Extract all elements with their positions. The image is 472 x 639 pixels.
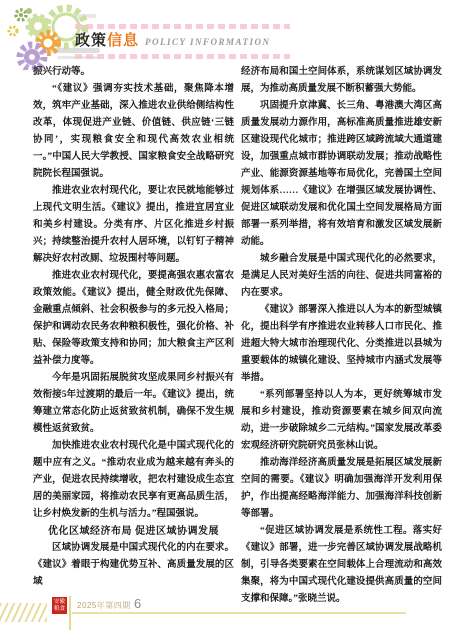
issue-label: 2025年第四期: [77, 600, 131, 611]
paragraph: 巩固提升京津冀、长三角、粤港澳大湾区高质量发展动力源作用，高标准高质量推进雄安新…: [241, 98, 442, 251]
paragraph: 城乡融合发展是中国式现代化的必然要求，是满足人民对美好生活的向往、促进共同富裕的…: [241, 251, 442, 302]
footer-vertical-rule: [69, 596, 71, 630]
right-column: 经济布局和国土空间体系，系统谋划区域协调发展，为推动高质量发展不断积蓄强大势能。…: [241, 64, 442, 608]
section-title: 政策信息POLICY INFORMATION: [75, 30, 270, 53]
paragraph: 经济布局和国土空间体系，系统谋划区域协调发展，为推动高质量发展不断积蓄强大势能。: [241, 64, 442, 98]
magazine-page: 政策信息POLICY INFORMATION 振兴行动等。 “《建议》强调夯实技…: [0, 0, 472, 639]
footer-horizontal-rule: [72, 612, 406, 614]
section-title-zh-orange: 信息: [107, 33, 139, 49]
paragraph: 今年是巩固拓展脱贫攻坚成果同乡村振兴有效衔接5年过渡期的最后一年。《建议》提出，…: [33, 370, 234, 438]
section-masthead: 政策信息POLICY INFORMATION: [75, 30, 270, 56]
hatch-decoration: [0, 603, 47, 622]
section-title-zh-black: 政策: [75, 33, 107, 49]
magazine-stamp-logo: 安徽 粮食: [52, 597, 67, 614]
paragraph: 《建议》部署深入推进以人为本的新型城镇化，提出科学有序推进农业转移人口市民化、推…: [241, 302, 442, 387]
paragraph: 推进农业农村现代化，要让农民就地能够过上现代文明生活。《建议》提出，推进宜居宜业…: [33, 183, 234, 268]
page-number: 6: [134, 596, 141, 611]
article-body: 振兴行动等。 “《建议》强调夯实技术基础，聚焦降本增效，筑牢产业基础，深入推进农…: [33, 64, 445, 594]
paragraph: 振兴行动等。: [33, 64, 234, 81]
paragraph: 推进农业农村现代化，要提高强农惠农富农政策效能。《建议》提出，健全财政优先保障、…: [33, 268, 234, 370]
stamp-text-top: 安徽: [52, 599, 67, 606]
paragraph: “《建议》强调夯实技术基础，聚焦降本增效，筑牢产业基础，深入推进农业供给侧结构性…: [33, 81, 234, 183]
left-column: 振兴行动等。 “《建议》强调夯实技术基础，聚焦降本增效，筑牢产业基础，深入推进农…: [33, 64, 234, 591]
paragraph: 推动海洋经济高质量发展是拓展区域发展新空间的需要。《建议》明确加强海洋开发利用保…: [241, 455, 442, 523]
subsection-heading: 优化区域经济布局 促进区域协调发展: [33, 523, 234, 540]
paragraph: 加快推进农业农村现代化是中国式现代化的题中应有之义。“推动农业成为越来越有奔头的…: [33, 438, 234, 523]
paragraph: 区域协调发展是中国式现代化的内在要求。《建议》着眼于构建优势互补、高质量发展的区…: [33, 540, 234, 591]
paragraph: “系列部署坚持以人为本，更好统筹城市发展和乡村建设，推动资源要素在城乡间双向流动…: [241, 387, 442, 455]
pink-watermark-strip: [75, 24, 290, 29]
page-footer: 安徽 粮食 2025年第四期 6: [0, 594, 472, 639]
stamp-text-bottom: 粮食: [52, 606, 67, 613]
pink-watermark-strip: [75, 54, 290, 59]
section-title-en: POLICY INFORMATION: [145, 37, 270, 47]
